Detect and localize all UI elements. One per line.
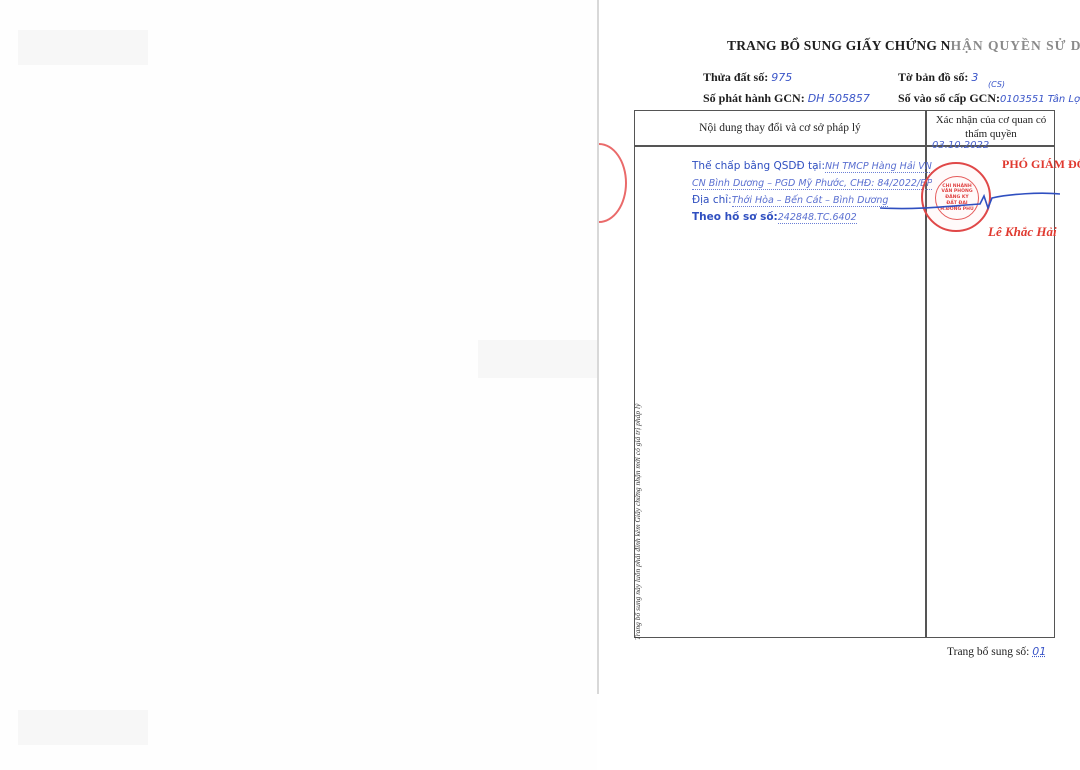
entry-line-1: Thế chấp bằng QSDĐ tại:NH TMCP Hàng Hải … bbox=[692, 160, 932, 177]
registry-annotation: (CS) bbox=[988, 80, 1005, 89]
signer-role: PHÓ GIÁM ĐỐC bbox=[1002, 157, 1080, 172]
page-number-label: Trang bổ sung số: bbox=[947, 646, 1029, 658]
file-number-value: 242848.TC.6402 bbox=[778, 212, 857, 224]
document-title: TRANG BỔ SUNG GIẤY CHỨNG NHẬN QUYỀN SỬ D… bbox=[727, 38, 1080, 54]
legal-side-note: Trang bổ sung này luôn phải đính kèm Giấ… bbox=[633, 404, 642, 640]
registry-number-field: Số vào sổ cấp GCN:0103551 Tân Lợi bbox=[898, 91, 1080, 106]
signer-name: Lê Khắc Hải bbox=[988, 224, 1057, 240]
page-fold-divider bbox=[597, 0, 599, 694]
address-label: Địa chỉ: bbox=[692, 194, 732, 206]
parcel-number-field: Thửa đất số: 975 bbox=[703, 70, 792, 85]
scan-artifact bbox=[478, 340, 598, 378]
registry-number-value: 0103551 Tân Lợi bbox=[1000, 94, 1080, 105]
parcel-number-value: 975 bbox=[771, 71, 792, 84]
header-changes-content: Nội dung thay đổi và cơ sở pháp lý bbox=[635, 111, 925, 145]
parcel-number-label: Thửa đất số: bbox=[703, 70, 768, 84]
issue-number-label: Số phát hành GCN: bbox=[703, 91, 805, 105]
confirmation-date: 03.10.2022 bbox=[932, 140, 989, 151]
issue-number-value: DH 505857 bbox=[808, 92, 870, 105]
scan-artifact bbox=[18, 30, 148, 65]
map-sheet-value: 3 bbox=[971, 71, 978, 84]
scan-artifact bbox=[18, 710, 148, 745]
header-divider bbox=[635, 145, 1054, 147]
signature-icon bbox=[880, 188, 1060, 218]
supplement-page-number: Trang bổ sung số: 01 bbox=[947, 645, 1046, 658]
header-authority-line1: Xác nhận của cơ quan có bbox=[936, 114, 1047, 128]
blank-back-page bbox=[0, 0, 597, 770]
registry-number-label: Số vào sổ cấp GCN: bbox=[898, 91, 1000, 105]
title-faded-text: HẬN QUYỀN SỬ D... bbox=[951, 38, 1080, 53]
address-value: Thới Hòa – Bến Cát – Bình Dương bbox=[732, 195, 889, 207]
page-number-value: 01 bbox=[1032, 645, 1046, 658]
map-sheet-label: Tờ bản đồ số: bbox=[898, 70, 968, 84]
issue-number-field: Số phát hành GCN: DH 505857 bbox=[703, 91, 870, 106]
title-text: TRANG BỔ SUNG GIẤY CHỨNG N bbox=[727, 38, 951, 53]
file-number-label: Theo hồ sơ số: bbox=[692, 211, 778, 223]
map-sheet-field: Tờ bản đồ số: 3 bbox=[898, 70, 978, 85]
mortgage-label: Thế chấp bằng QSDĐ tại: bbox=[692, 160, 825, 172]
bank-name: NH TMCP Hàng Hải VN bbox=[825, 161, 932, 173]
